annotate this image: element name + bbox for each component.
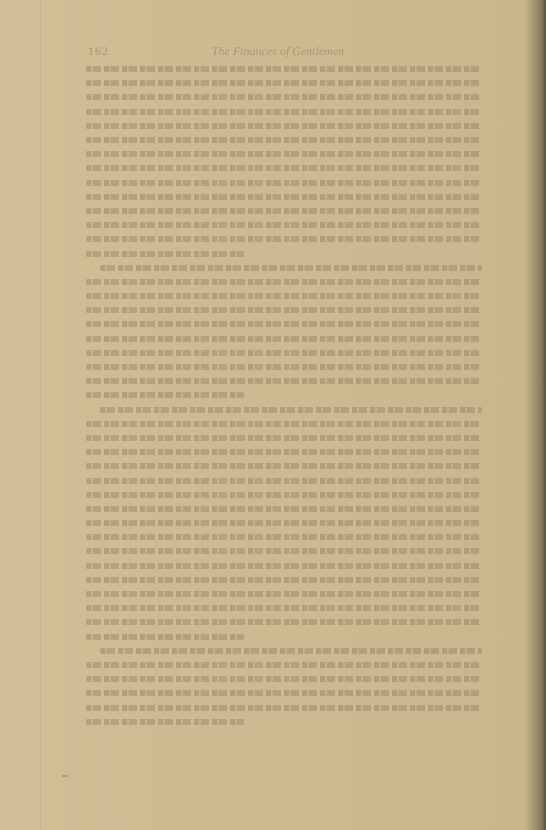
text-line: [illegible]: [86, 559, 482, 573]
faded-ink: [86, 563, 482, 569]
faded-ink: [86, 619, 482, 625]
text-line: [illegible]: [86, 686, 482, 700]
faded-ink: [86, 94, 482, 100]
faded-ink: [86, 151, 482, 157]
text-line: [illegible]: [86, 190, 482, 204]
faded-ink: [86, 180, 482, 186]
faded-ink: [86, 137, 482, 143]
text-line: [illegible]: [86, 417, 482, 431]
faded-ink: [86, 123, 482, 129]
text-line: [illegible]: [86, 261, 482, 275]
text-line: [illegible]: [86, 246, 482, 260]
faded-ink: [86, 605, 482, 611]
text-line: [illegible]: [86, 176, 482, 190]
text-line: [illegible]: [86, 530, 482, 544]
faded-ink: [86, 449, 482, 455]
faded-ink: [86, 194, 482, 200]
text-line: [illegible]: [86, 601, 482, 615]
faded-ink: [100, 265, 482, 271]
text-line: [illegible]: [86, 303, 482, 317]
text-line: [illegible]: [86, 133, 482, 147]
faded-ink: [86, 307, 482, 313]
faded-ink: [86, 548, 482, 554]
scan-smudge: [62, 775, 68, 777]
book-page: 162 The Finances of Gentlemen [illegible…: [0, 0, 546, 830]
faded-ink: [86, 279, 482, 285]
text-line: [illegible]: [86, 587, 482, 601]
faded-ink: [100, 407, 482, 413]
faded-ink: [86, 208, 482, 214]
faded-ink: [86, 577, 482, 583]
text-line: [illegible]: [86, 317, 482, 331]
faded-ink: [86, 109, 482, 115]
text-line: [illegible]: [86, 516, 482, 530]
text-line: [illegible]: [86, 332, 482, 346]
text-line: [illegible]: [86, 119, 482, 133]
faded-ink: [86, 165, 482, 171]
faded-ink: [86, 293, 482, 299]
text-line: [illegible]: [86, 658, 482, 672]
text-line: [illegible]: [86, 502, 482, 516]
faded-ink: [86, 662, 482, 668]
faded-ink: [86, 350, 482, 356]
text-line: [illegible]: [86, 700, 482, 714]
faded-ink: [86, 719, 244, 725]
text-line: [illegible]: [86, 388, 482, 402]
faded-ink: [86, 506, 482, 512]
faded-ink: [100, 648, 482, 654]
text-line: [illegible]: [86, 204, 482, 218]
text-line: [illegible]: [86, 360, 482, 374]
faded-ink: [86, 435, 482, 441]
text-line: [illegible]: [86, 431, 482, 445]
faded-ink: [86, 634, 244, 640]
faded-ink: [86, 251, 244, 257]
faded-ink: [86, 321, 482, 327]
faded-ink: [86, 222, 482, 228]
faded-ink: [86, 492, 482, 498]
faded-ink: [86, 80, 482, 86]
text-line: [illegible]: [86, 289, 482, 303]
running-head: 162 The Finances of Gentlemen: [88, 44, 468, 60]
faded-ink: [86, 520, 482, 526]
text-line: [illegible]: [86, 573, 482, 587]
text-line: [illegible]: [86, 62, 482, 76]
faded-ink: [86, 336, 482, 342]
text-line: [illegible]: [86, 403, 482, 417]
text-line: [illegible]: [86, 473, 482, 487]
text-line: [illegible]: [86, 105, 482, 119]
text-line: [illegible]: [86, 232, 482, 246]
faded-ink: [86, 591, 482, 597]
text-line: [illegible]: [86, 346, 482, 360]
text-line: [illegible]: [86, 147, 482, 161]
text-line: [illegible]: [86, 90, 482, 104]
text-line: [illegible]: [86, 488, 482, 502]
text-line: [illegible]: [86, 218, 482, 232]
text-line: [illegible]: [86, 445, 482, 459]
text-line: [illegible]: [86, 544, 482, 558]
faded-ink: [86, 378, 482, 384]
running-title: The Finances of Gentlemen: [88, 44, 468, 59]
text-line: [illegible]: [86, 459, 482, 473]
text-line: [illegible]: [86, 374, 482, 388]
text-line: [illegible]: [86, 630, 482, 644]
text-line: [illegible]: [86, 644, 482, 658]
faded-ink: [86, 364, 482, 370]
text-line: [illegible]: [86, 76, 482, 90]
body-text: [illegible][illegible][illegible][illegi…: [86, 62, 482, 729]
text-line: [illegible]: [86, 161, 482, 175]
faded-ink: [86, 66, 482, 72]
faded-ink: [86, 534, 482, 540]
text-line: [illegible]: [86, 715, 482, 729]
faded-ink: [86, 421, 482, 427]
faded-ink: [86, 236, 482, 242]
page-fold-line: [40, 0, 41, 830]
faded-ink: [86, 392, 244, 398]
text-line: [illegible]: [86, 275, 482, 289]
faded-ink: [86, 690, 482, 696]
text-line: [illegible]: [86, 615, 482, 629]
text-line: [illegible]: [86, 672, 482, 686]
faded-ink: [86, 705, 482, 711]
faded-ink: [86, 463, 482, 469]
faded-ink: [86, 478, 482, 484]
faded-ink: [86, 676, 482, 682]
